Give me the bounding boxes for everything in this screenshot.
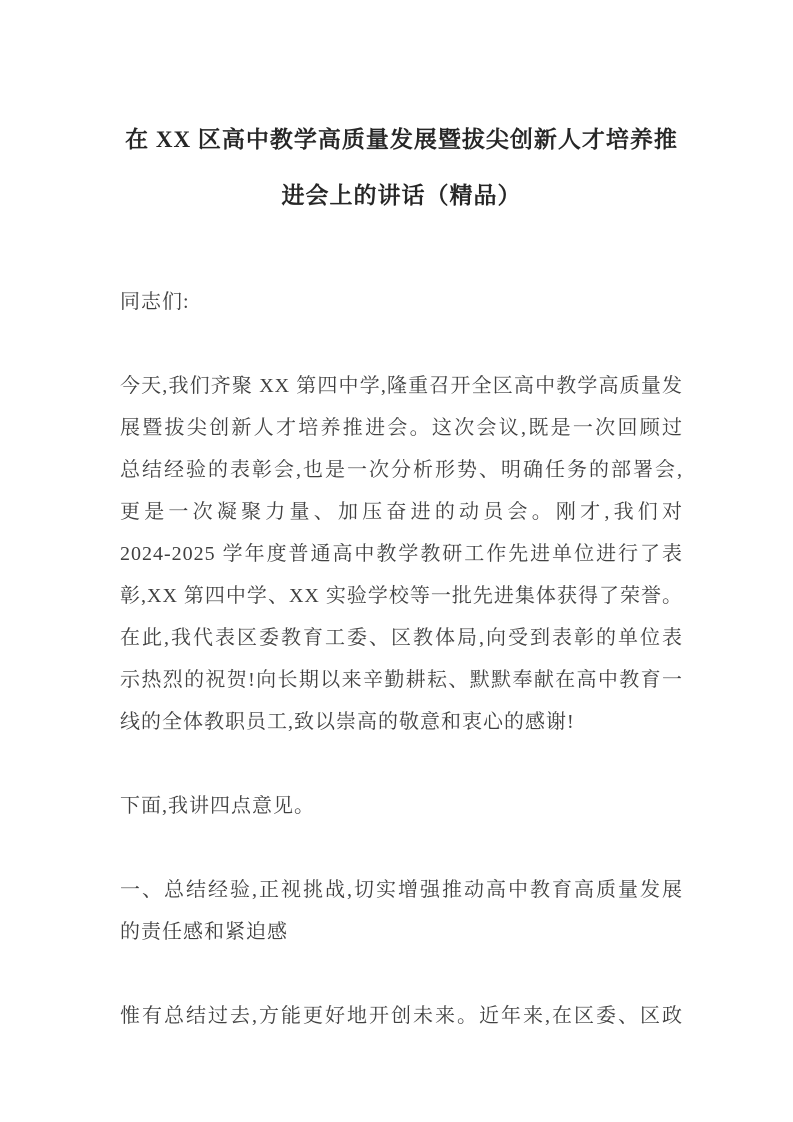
text-line: 一、总结经验,正视挑战,切实增强推动高中教育高质量发展: [120, 869, 683, 911]
text-line: 总结经验的表彰会,也是一次分析形势、明确任务的部署会,: [120, 449, 683, 491]
paragraph-opening: 今天,我们齐聚 XX 第四中学,隆重召开全区高中教学高质量发展暨拔尖创新人才培养…: [120, 365, 683, 743]
paragraph-transition: 下面,我讲四点意见。: [120, 785, 683, 827]
text-line: 在此,我代表区委教育工委、区教体局,向受到表彰的单位表: [120, 617, 683, 659]
text-line: 同志们:: [120, 281, 683, 323]
text-line: 下面,我讲四点意见。: [120, 785, 683, 827]
document-title-line-2: 进会上的讲话（精品）: [120, 168, 683, 224]
text-line: 2024-2025 学年度普通高中教学教研工作先进单位进行了表: [120, 533, 683, 575]
document-title: 在 XX 区高中教学高质量发展暨拔尖创新人才培养推 进会上的讲话（精品）: [120, 112, 683, 224]
section-heading-1: 一、总结经验,正视挑战,切实增强推动高中教育高质量发展的责任感和紧迫感: [120, 869, 683, 953]
text-line: 示热烈的祝贺!向长期以来辛勤耕耘、默默奉献在高中教育一: [120, 659, 683, 701]
text-line: 更是一次凝聚力量、加压奋进的动员会。刚才,我们对: [120, 491, 683, 533]
text-line: 惟有总结过去,方能更好地开创未来。近年来,在区委、区政: [120, 995, 683, 1037]
text-line: 的责任感和紧迫感: [120, 911, 683, 953]
paragraph-salutation: 同志们:: [120, 281, 683, 323]
text-line: 展暨拔尖创新人才培养推进会。这次会议,既是一次回顾过去、: [120, 407, 683, 449]
text-line: 线的全体教职员工,致以崇高的敬意和衷心的感谢!: [120, 701, 683, 743]
document-title-line-1: 在 XX 区高中教学高质量发展暨拔尖创新人才培养推: [120, 112, 683, 168]
document-page: 在 XX 区高中教学高质量发展暨拔尖创新人才培养推 进会上的讲话（精品） 同志们…: [0, 0, 793, 1122]
text-line: 彰,XX 第四中学、XX 实验学校等一批先进集体获得了荣誉。: [120, 575, 683, 617]
paragraph-section1-body: 惟有总结过去,方能更好地开创未来。近年来,在区委、区政: [120, 995, 683, 1037]
text-line: 今天,我们齐聚 XX 第四中学,隆重召开全区高中教学高质量发: [120, 365, 683, 407]
